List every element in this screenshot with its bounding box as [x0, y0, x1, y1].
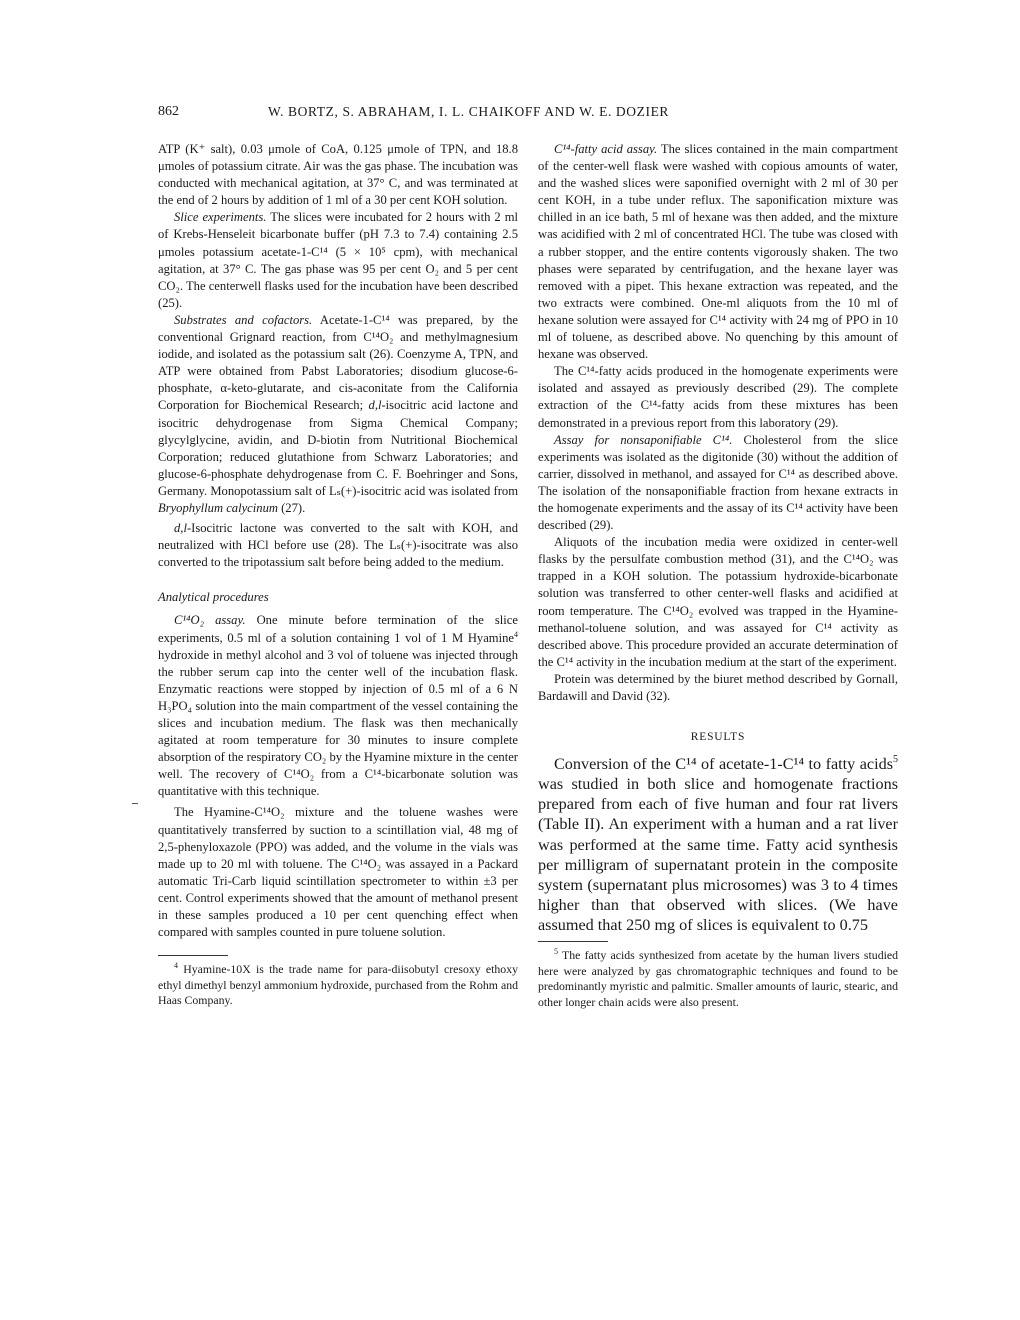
page-header: 862 W. BORTZ, S. ABRAHAM, I. L. CHAIKOFF…	[158, 104, 898, 124]
margin-mark	[132, 803, 138, 804]
italic-prefix: d,l	[174, 521, 187, 535]
section-title-substrates: Substrates and cofactors.	[174, 313, 312, 327]
section-title-slice-experiments: Slice experiments.	[174, 210, 266, 224]
footnote-ref-5[interactable]: 5	[893, 754, 898, 765]
left-column: ATP (K⁺ salt), 0.03 μmole of CoA, 0.125 …	[158, 141, 518, 1009]
footnote-5: 5 The fatty acids synthesized from aceta…	[538, 948, 898, 1010]
footnote-4: 4 Hyamine-10X is the trade name for para…	[158, 962, 518, 1009]
paragraph-co2-assay: C¹⁴O₂ assay. One minute before terminati…	[158, 612, 518, 800]
paragraph-hyamine: The Hyamine-C¹⁴O₂ mixture and the toluen…	[158, 804, 518, 941]
section-title-co2-assay: C¹⁴O₂ assay.	[174, 613, 246, 627]
footnote-text: The fatty acids synthesized from acetate…	[538, 948, 898, 1009]
section-title-fatty-acid-assay: C¹⁴-fatty acid assay.	[554, 142, 657, 156]
paragraph-body: Cholesterol from the slice experiments w…	[538, 433, 898, 532]
footnote-text: Hyamine-10X is the trade name for para-d…	[158, 962, 518, 1007]
page-number: 862	[158, 104, 179, 120]
right-column: C¹⁴-fatty acid assay. The slices contain…	[538, 141, 898, 1010]
section-heading-results: RESULTS	[538, 729, 898, 746]
footnote-ref-4[interactable]: 4	[514, 630, 518, 639]
footnote-rule	[158, 955, 228, 956]
paragraph-body: -isocitric acid lactone and isocitric de…	[158, 398, 518, 497]
paragraph-slice-experiments: Slice experiments. The slices were incub…	[158, 209, 518, 312]
paragraph-results: Conversion of the C¹⁴ of acetate-1-C¹⁴ t…	[538, 754, 898, 935]
paragraph-body: Conversion of the C¹⁴ of acetate-1-C¹⁴ t…	[554, 755, 893, 773]
paragraph-protein: Protein was determined by the biuret met…	[538, 671, 898, 705]
paragraph-body: hydroxide in methyl alcohol and 3 vol of…	[158, 648, 518, 799]
paragraph-nonsaponifiable: Assay for nonsaponifiable C¹⁴. Cholester…	[538, 432, 898, 535]
paragraph-body: The slices were incubated for 2 hours wi…	[158, 210, 518, 309]
paragraph-aliquots: Aliquots of the incubation media were ox…	[538, 534, 898, 671]
section-title-nonsaponifiable: Assay for nonsaponifiable C¹⁴.	[554, 433, 732, 447]
paragraph-body: (27).	[278, 501, 305, 515]
paragraph-body: was studied in both slice and homogenate…	[538, 775, 898, 934]
paragraph-reagents: ATP (K⁺ salt), 0.03 μmole of CoA, 0.125 …	[158, 141, 518, 209]
paragraph-body: The slices contained in the main compart…	[538, 142, 898, 361]
paragraph-isocitric: d,l-Isocitric lactone was converted to t…	[158, 520, 518, 571]
paragraph-homogenate: The C¹⁴-fatty acids produced in the homo…	[538, 363, 898, 431]
paragraph-fatty-acid-assay: C¹⁴-fatty acid assay. The slices contain…	[538, 141, 898, 363]
running-head-authors: W. BORTZ, S. ABRAHAM, I. L. CHAIKOFF AND…	[268, 104, 669, 120]
paragraph-substrates: Substrates and cofactors. Acetate-1-C¹⁴ …	[158, 312, 518, 517]
subsection-heading-analytical: Analytical procedures	[158, 589, 518, 606]
paragraph-body: -Isocitric lactone was converted to the …	[158, 521, 518, 569]
footnote-rule	[538, 941, 608, 942]
species-name: Bryophyllum calycinum	[158, 501, 278, 515]
italic-prefix: d,l	[369, 398, 382, 412]
